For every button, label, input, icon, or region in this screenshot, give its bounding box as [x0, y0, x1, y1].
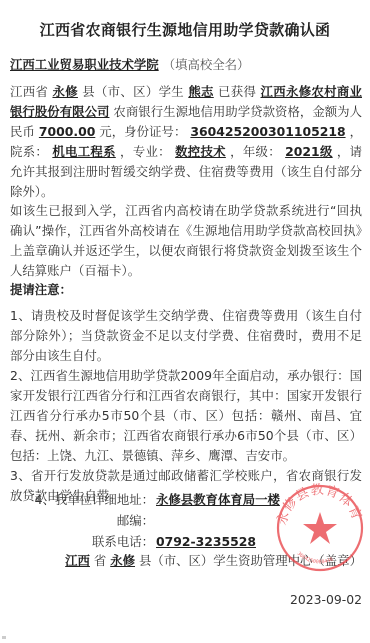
text: 已获得: [214, 84, 261, 99]
phone-value: 0792-3235528: [156, 532, 256, 552]
text: 县（市、区）学生: [78, 84, 188, 99]
notice-item: 1、请贵校及时督促该学生交纳学费、住宿费等费用（该生自付部分除外）；当贷款资金不…: [10, 306, 362, 366]
phone-row: 联系电话： 0792-3235528: [0, 532, 370, 553]
confirmation-letter: 江西省农商银行生源地信用助学贷款确认函 江西工业贸易职业技术学院（填高校全名） …: [0, 0, 370, 643]
school-hint: （填高校全名）: [163, 57, 250, 72]
notice-list: 1、请贵校及时督促该学生交纳学费、住宿费等费用（该生自付部分除外）；当贷款资金不…: [10, 306, 362, 506]
major: 数控技术: [175, 144, 226, 159]
id-number: 360425200301105218: [190, 124, 345, 139]
school-name: 江西工业贸易职业技术学院: [10, 57, 159, 72]
student-name: 熊志: [188, 84, 213, 99]
text: 省: [90, 553, 110, 568]
phone-label: 联系电话：: [92, 532, 154, 552]
postcode-row: 邮编：: [0, 511, 370, 532]
address-row: 4、我单位详细地址： 永修县教育体育局一楼: [0, 490, 370, 511]
address-value: 永修县教育体育局一楼: [156, 490, 280, 510]
address-label: 4、我单位详细地址：: [35, 490, 154, 510]
notice-item: 2、江西省生源地信用助学贷款2009年全面启动，承办银行：国家开发银行江西省分行…: [10, 366, 362, 466]
text: 县（市、区）学生资助管理中心（盖章）: [135, 553, 362, 568]
signature-county: 永修: [110, 553, 135, 568]
loan-amount: 7000.00: [39, 124, 95, 139]
text: ，年级：: [226, 144, 285, 159]
corner-mark: [2, 636, 6, 639]
loan-details-paragraph: 江西省 永修 县（市、区）学生 熊志 已获得 江西永修农村商业银行股份有限公司 …: [10, 82, 362, 202]
department: 机电工程系: [52, 144, 115, 159]
issuer-signature: 江西 省 永修 县（市、区）学生资助管理中心（盖章）: [65, 551, 362, 571]
county-name: 永修: [52, 84, 77, 99]
school-line: 江西工业贸易职业技术学院（填高校全名）: [10, 55, 249, 75]
text: 元，身份证号：: [95, 124, 190, 139]
notice-heading: 提请注意：: [10, 280, 72, 300]
text: 江西省: [10, 84, 52, 99]
contact-block: 4、我单位详细地址： 永修县教育体育局一楼 邮编： 联系电话： 0792-323…: [0, 490, 370, 553]
issue-date: 2023-09-02: [290, 590, 362, 610]
letter-title: 江西省农商银行生源地信用助学贷款确认函: [0, 20, 370, 40]
receipt-instructions-paragraph: 如该生已报到入学，江西省内高校请在助学贷款系统进行“回执确认”操作，江西省外高校…: [10, 201, 362, 281]
signature-province: 江西: [65, 553, 90, 568]
text: ，专业：: [116, 144, 175, 159]
grade: 2021级: [285, 144, 333, 159]
postcode-label: 邮编：: [117, 511, 154, 531]
